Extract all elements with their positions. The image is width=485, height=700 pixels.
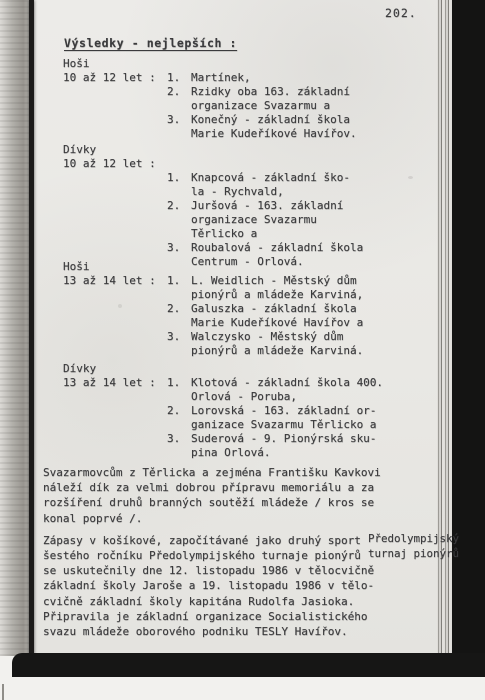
result-entry: 3.Walczysko - Městský dům pionýrů a mlád… <box>167 330 363 358</box>
result-group: Dívky10 až 12 let :1.Knapcová - základní… <box>63 143 445 269</box>
entry-rank: 2. <box>167 404 191 432</box>
book-gutter <box>0 0 30 656</box>
result-entry: 1.L. Weidlich - Městský dům pionýrů a ml… <box>167 274 363 302</box>
next-page-edge <box>2 684 4 700</box>
entry-text: Suderová - 9. Pionýrská sku- pina Orlová… <box>191 432 376 460</box>
entry-rank: 3. <box>167 113 191 141</box>
entry-rank: 2. <box>167 85 191 113</box>
group-entries: 1.Klotová - základní škola 400. Orlová -… <box>167 376 383 460</box>
entry-rank: 2. <box>167 302 191 330</box>
entry-text: Klotová - základní škola 400. Orlová - P… <box>191 376 383 404</box>
result-entry: 2.Galuszka - základní škola Marie Kudeří… <box>167 302 363 330</box>
entry-rank: 3. <box>167 330 191 358</box>
page-heading: Výsledky - nejlepších : <box>64 36 445 50</box>
entry-rank: 1. <box>167 376 191 404</box>
scan-background-right <box>452 0 485 677</box>
entry-text: Galuszka - základní škola Marie Kudeříko… <box>191 302 363 330</box>
group-entries: 1.Knapcová - základní ško- la - Rychvald… <box>167 171 363 269</box>
entry-rank: 1. <box>167 274 191 302</box>
results-list: Hoši10 až 12 let :1.Martínek,2.Rzidky ob… <box>63 57 445 460</box>
entry-text: L. Weidlich - Městský dům pionýrů a mlád… <box>191 274 363 302</box>
group-age-range: 10 až 12 let : <box>63 157 167 171</box>
paragraph-acknowledgement: Svazarmovcům z Těrlicka a zejména Franti… <box>43 465 445 526</box>
entry-rank: 1. <box>167 171 191 199</box>
result-entry: 2.Juršová - 163. základní organizace Sva… <box>167 199 363 241</box>
entry-text: Knapcová - základní ško- la - Rychvald, <box>191 171 350 199</box>
group-category: Hoši <box>63 260 167 274</box>
entry-rank: 1. <box>167 71 191 85</box>
entry-text: Konečný - základní škola Marie Kudeříkov… <box>191 113 357 141</box>
group-category: Dívky <box>63 143 167 157</box>
group-entries: 1.Martínek,2.Rzidky oba 163. základní or… <box>167 71 357 141</box>
group-category: Dívky <box>63 362 167 376</box>
entry-rank: 2. <box>167 199 191 241</box>
entry-text: Roubalová - základní škola Centrum - Orl… <box>191 241 363 269</box>
result-entry: 3.Roubalová - základní škola Centrum - O… <box>167 241 363 269</box>
group-category: Hoši <box>63 57 167 71</box>
scan-background-bottom <box>12 653 485 677</box>
result-entry: 3.Konečný - základní škola Marie Kudeřík… <box>167 113 357 141</box>
result-group: Dívky13 až 14 let :1.Klotová - základní … <box>63 362 445 460</box>
result-entry: 3.Suderová - 9. Pionýrská sku- pina Orlo… <box>167 432 383 460</box>
group-age-range: 10 až 12 let : <box>63 71 167 85</box>
entry-text: Lorovská - 163. základní or- ganizace Sv… <box>191 404 376 432</box>
entry-text: Rzidky oba 163. základní organizace Svaz… <box>191 85 350 113</box>
result-group: Hoši13 až 14 let :1.L. Weidlich - Městsk… <box>63 260 445 358</box>
entry-rank: 3. <box>167 432 191 460</box>
group-label: Hoši10 až 12 let : <box>63 57 167 141</box>
margin-note: Předolympijský turnaj pionýrů <box>368 531 459 561</box>
group-label: Hoši13 až 14 let : <box>63 260 167 358</box>
entry-rank: 3. <box>167 241 191 269</box>
result-group: Hoši10 až 12 let :1.Martínek,2.Rzidky ob… <box>63 57 445 141</box>
result-entry: 2.Rzidky oba 163. základní organizace Sv… <box>167 85 357 113</box>
group-label: Dívky13 až 14 let : <box>63 362 167 460</box>
result-entry: 1.Klotová - základní škola 400. Orlová -… <box>167 376 383 404</box>
result-entry: 1.Knapcová - základní ško- la - Rychvald… <box>167 171 363 199</box>
entry-text: Walczysko - Městský dům pionýrů a mládež… <box>191 330 363 358</box>
entry-text: Martínek, <box>191 71 251 85</box>
entry-text: Juršová - 163. základní organizace Svaza… <box>191 199 343 241</box>
group-label: Dívky10 až 12 let : <box>63 143 167 269</box>
group-age-range: 13 až 14 let : <box>63 376 167 390</box>
group-age-range: 13 až 14 let : <box>63 274 167 288</box>
result-entry: 2.Lorovská - 163. základní or- ganizace … <box>167 404 383 432</box>
scanned-document-page: 202. Výsledky - nejlepších : Hoši10 až 1… <box>0 0 485 700</box>
result-entry: 1.Martínek, <box>167 71 357 85</box>
group-entries: 1.L. Weidlich - Městský dům pionýrů a ml… <box>167 274 363 358</box>
book-spine-shadow <box>29 0 34 656</box>
